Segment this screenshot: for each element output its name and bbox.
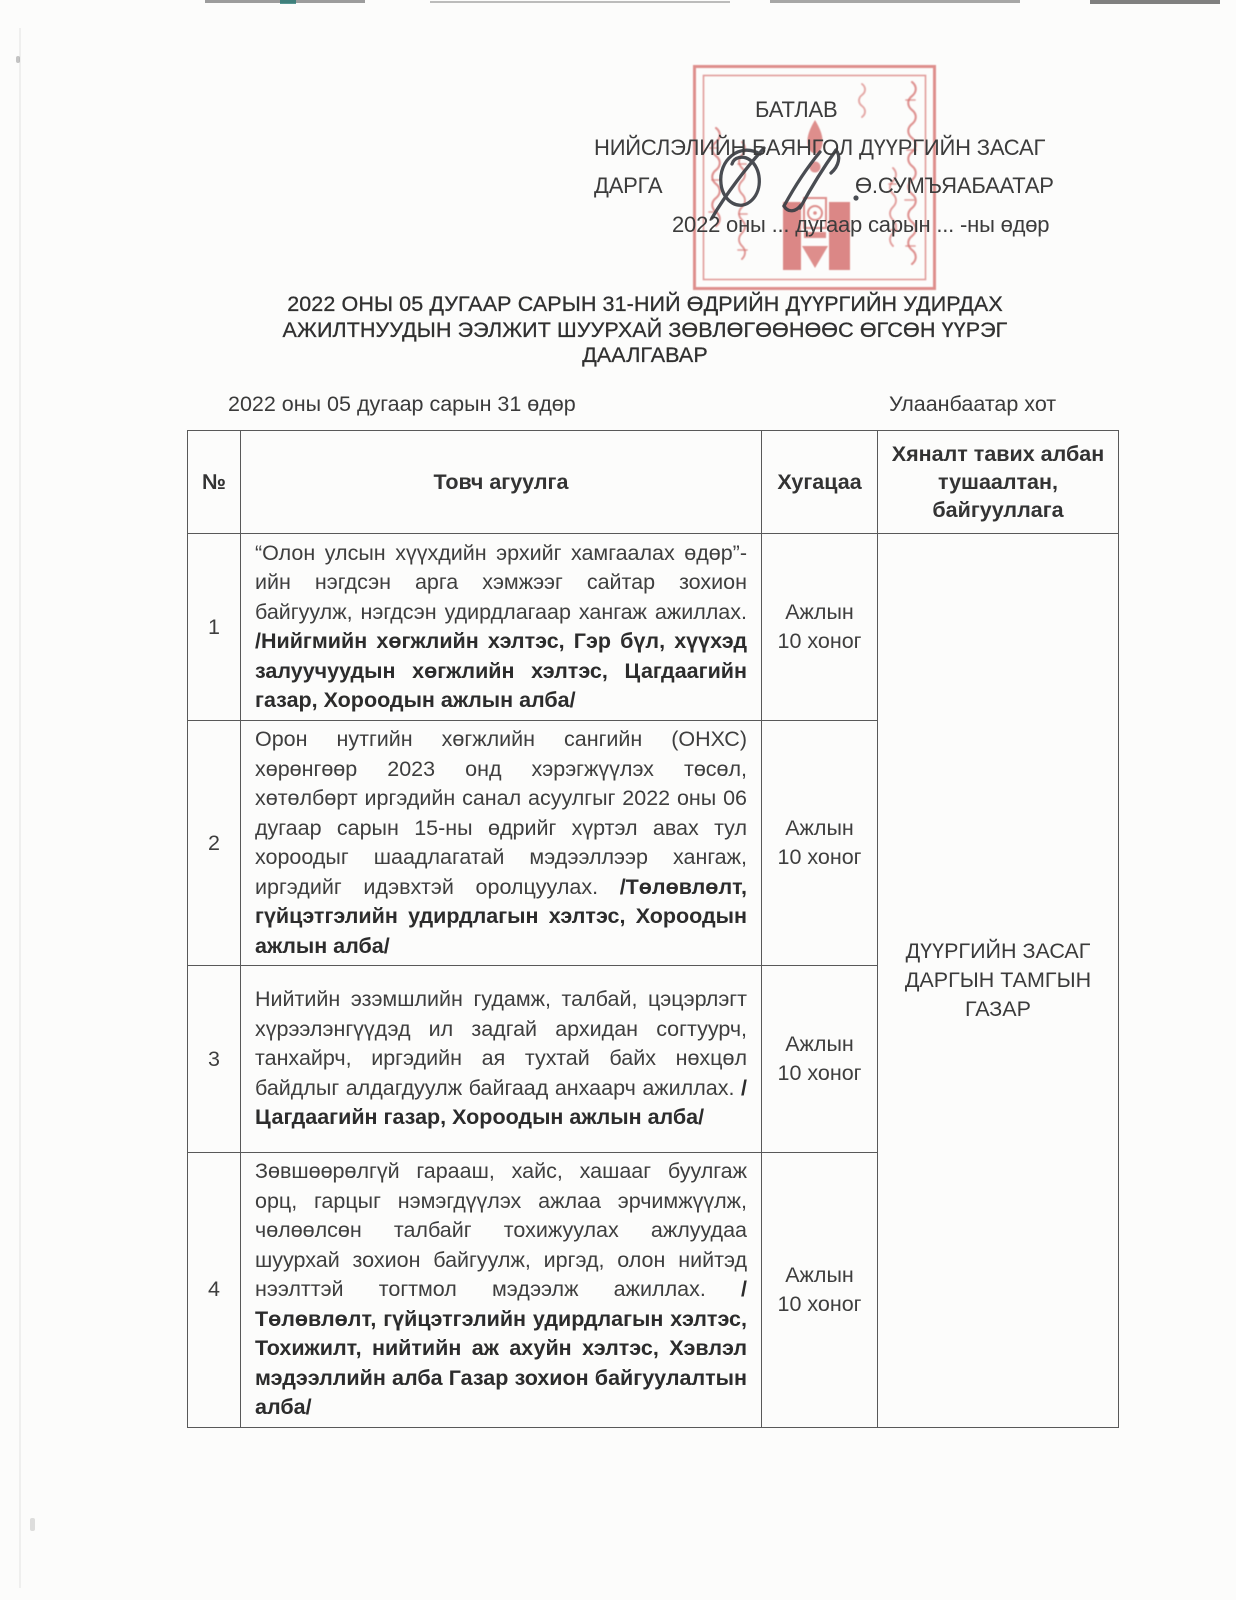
duration-word: Ажлын bbox=[766, 1261, 873, 1290]
row-number: 1 bbox=[188, 534, 241, 721]
page-edge-line bbox=[19, 28, 21, 1588]
scanned-document-page: БАТЛАВ НИЙСЛЭЛИЙН БАЯНГОЛ ДҮҮРГИЙН ЗАСАГ… bbox=[0, 0, 1236, 1600]
title-line-3: ДААЛГАВАР bbox=[150, 343, 1140, 369]
approval-organization: НИЙСЛЭЛИЙН БАЯНГОЛ ДҮҮРГИЙН ЗАСАГ bbox=[594, 135, 1045, 161]
row-duration: Ажлын10 хоног bbox=[762, 534, 878, 721]
scan-artifact bbox=[16, 56, 20, 63]
header-content: Товч агуулга bbox=[241, 431, 762, 534]
row-duration: Ажлын10 хоног bbox=[762, 721, 878, 966]
scan-artifact bbox=[770, 0, 1020, 3]
row-content: Орон нутгийн хөгжлийн сангийн (ОНХС) хөр… bbox=[241, 721, 762, 966]
row-number: 2 bbox=[188, 721, 241, 966]
approval-date-blank: 2022 оны ... дугаар сарын ... -ны өдөр bbox=[672, 212, 1049, 238]
approval-position: ДАРГА bbox=[594, 173, 662, 199]
header-control: Хяналт тавих албан тушаалтан, байгууллаг… bbox=[878, 431, 1119, 534]
duration-days: 10 хоног bbox=[766, 1059, 873, 1088]
header-duration: Хугацаа bbox=[762, 431, 878, 534]
row-number: 3 bbox=[188, 966, 241, 1153]
duration-days: 10 хоног bbox=[766, 843, 873, 872]
duration-word: Ажлын bbox=[766, 598, 873, 627]
row-content: Нийтийн эзэмшлийн гудамж, талбай, цэцэрл… bbox=[241, 966, 762, 1153]
row-number: 4 bbox=[188, 1153, 241, 1428]
scan-artifact bbox=[280, 0, 296, 4]
row-content-text: Нийтийн эзэмшлийн гудамж, талбай, цэцэрл… bbox=[255, 987, 747, 1100]
assignments-table: № Товч агуулга Хугацаа Хяналт тавих алба… bbox=[187, 430, 1119, 1428]
table-header-row: № Товч агуулга Хугацаа Хяналт тавих алба… bbox=[188, 431, 1119, 534]
duration-word: Ажлын bbox=[766, 1030, 873, 1059]
row-content: Зөвшөөрөлгүй гарааш, хайс, хашааг буулга… bbox=[241, 1153, 762, 1428]
document-title: 2022 ОНЫ 05 ДУГААР САРЫН 31-НИЙ ӨДРИЙН Д… bbox=[150, 292, 1140, 369]
control-organization-cell: ДҮҮРГИЙН ЗАСАГ ДАРГЫН ТАМГЫН ГАЗАР bbox=[878, 534, 1119, 1428]
title-line-1: 2022 ОНЫ 05 ДУГААР САРЫН 31-НИЙ ӨДРИЙН Д… bbox=[150, 292, 1140, 318]
scan-artifact bbox=[30, 1518, 35, 1531]
row-content: “Олон улсын хүүхдийн эрхийг хамгаалах өд… bbox=[241, 534, 762, 721]
duration-word: Ажлын bbox=[766, 814, 873, 843]
row-content-text: Зөвшөөрөлгүй гарааш, хайс, хашааг буулга… bbox=[255, 1159, 747, 1301]
row-content-departments: /Нийгмийн хөгжлийн хэлтэс, Гэр бүл, хүүх… bbox=[255, 629, 747, 712]
row-duration: Ажлын10 хоног bbox=[762, 966, 878, 1153]
scan-artifact bbox=[1090, 0, 1220, 4]
header-no: № bbox=[188, 431, 241, 534]
duration-days: 10 хоног bbox=[766, 627, 873, 656]
row-content-text: “Олон улсын хүүхдийн эрхийг хамгаалах өд… bbox=[255, 541, 747, 624]
document-city: Улаанбаатар хот bbox=[889, 392, 1056, 417]
document-date: 2022 оны 05 дугаар сарын 31 өдөр bbox=[228, 392, 576, 417]
approval-label: БАТЛАВ bbox=[755, 97, 837, 123]
approver-name: Ө.СУМЪЯАБААТАР bbox=[855, 173, 1054, 199]
row-content-text: Орон нутгийн хөгжлийн сангийн (ОНХС) хөр… bbox=[255, 727, 747, 899]
table-row: 1 “Олон улсын хүүхдийн эрхийг хамгаалах … bbox=[188, 534, 1119, 721]
scan-artifact bbox=[430, 1, 730, 3]
title-line-2: АЖИЛТНУУДЫН ЭЭЛЖИТ ШУУРХАЙ ЗӨВЛӨГӨӨНӨӨС … bbox=[150, 318, 1140, 344]
duration-days: 10 хоног bbox=[766, 1290, 873, 1319]
row-duration: Ажлын10 хоног bbox=[762, 1153, 878, 1428]
